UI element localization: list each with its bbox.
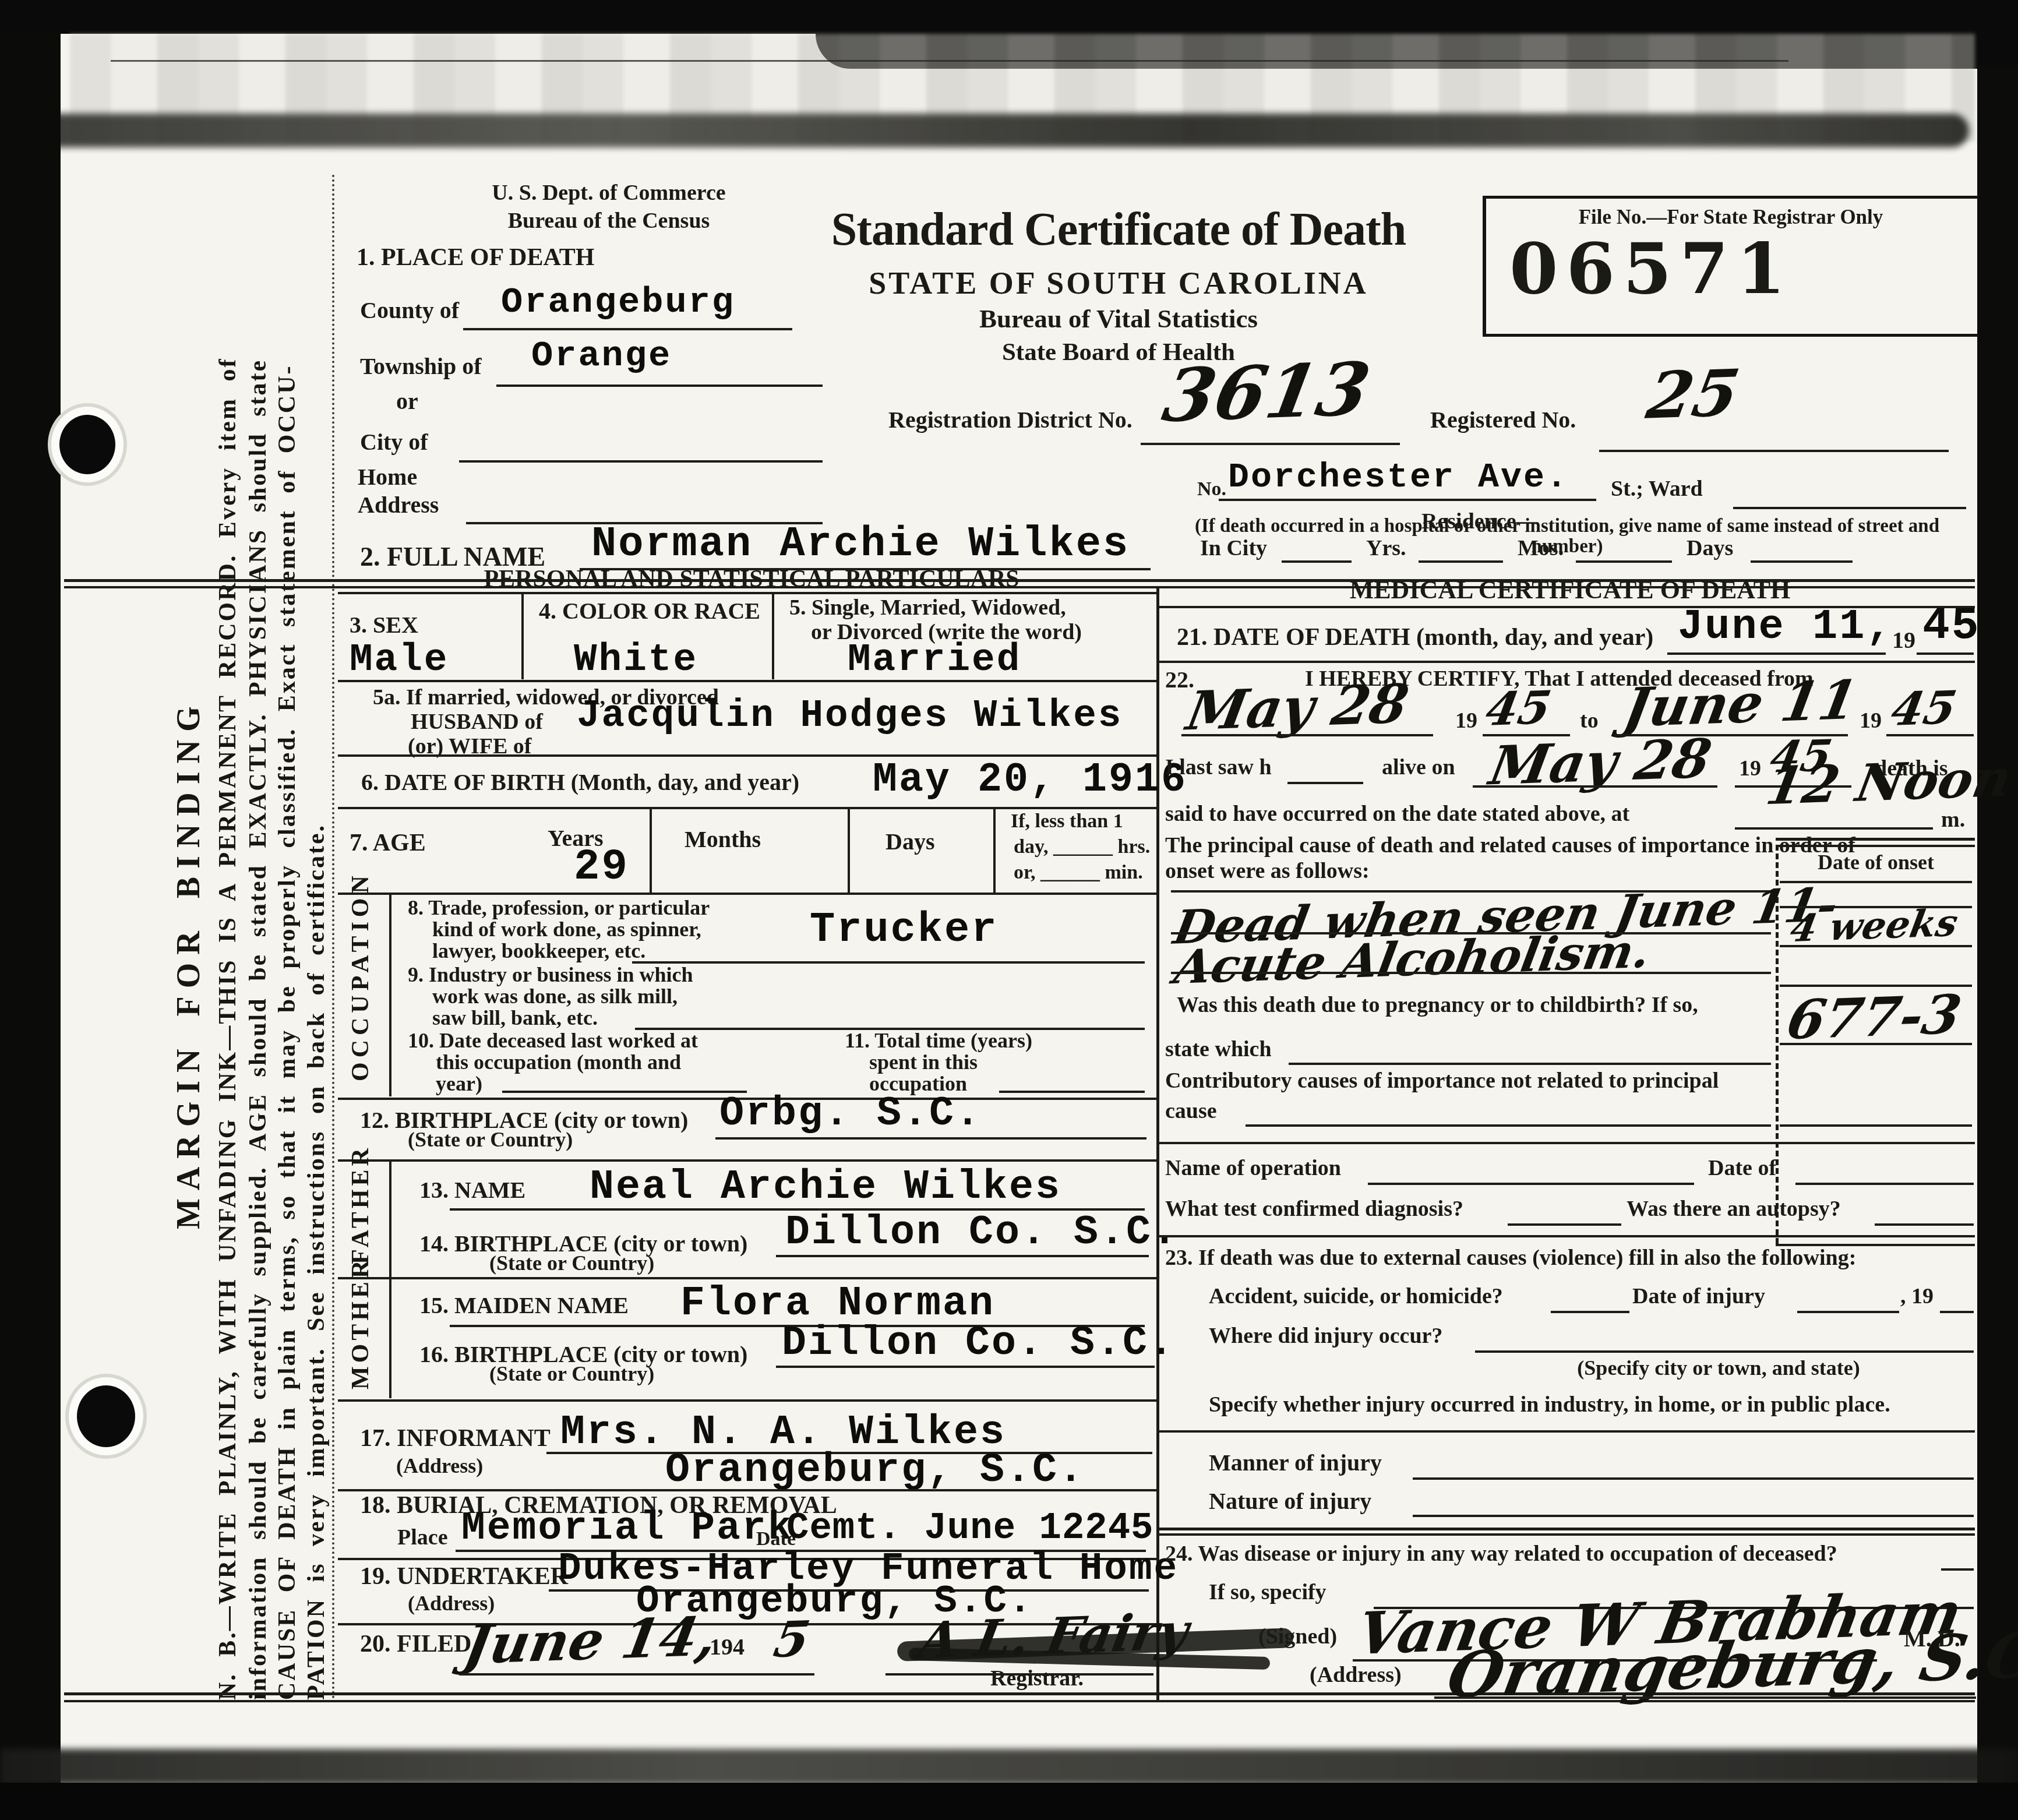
residence-label: Residence— [1421, 510, 1539, 534]
registered-no-label: Registered No. [1430, 408, 1576, 432]
in-city-label: In City [1200, 537, 1267, 560]
divider [1508, 1223, 1621, 1226]
hospital-note: (If death occurred in a hospital or othe… [1160, 516, 1974, 556]
birthplace-sub-label: (State or Country) [408, 1129, 573, 1151]
divider [1751, 560, 1853, 563]
date-of-onset-header: Date of onset [1780, 852, 1972, 874]
medical-section-title: MEDICAL CERTIFICATE OF DEATH [1165, 577, 1975, 604]
race-value: White [574, 641, 698, 679]
m-label: m. [1941, 809, 1965, 832]
printed-19-lastsaw: 19 [1739, 757, 1761, 781]
signed-label: (Signed) [1258, 1625, 1337, 1649]
occurred-label: said to have occurred on the date stated… [1165, 803, 1629, 826]
undertaker-label: 19. UNDERTAKER [360, 1564, 568, 1589]
divider [1159, 1528, 1975, 1530]
divider [338, 1399, 1156, 1402]
township-value: Orange [531, 338, 672, 374]
marital-value: Married [848, 641, 1021, 679]
divider [1171, 972, 1771, 974]
divider [459, 460, 823, 463]
county-label: County of [360, 298, 459, 323]
scan-left-bar [0, 32, 61, 1820]
divider [1780, 1043, 1972, 1045]
last-saw-mid: alive on [1382, 756, 1455, 780]
divider [1941, 1568, 1974, 1571]
home-address-label: Address [358, 493, 439, 517]
item22-number: 22. [1165, 668, 1194, 692]
registration-district-value: 3613 [1158, 353, 1375, 433]
divider [1159, 1142, 1975, 1144]
date-of-death-label: 21. DATE OF DEATH (month, day, and year) [1177, 625, 1653, 650]
test-label: What test confirmed diagnosis? [1165, 1198, 1463, 1221]
county-value: Orangeburg [501, 284, 735, 320]
yrs-label: Yrs. [1366, 537, 1406, 560]
specify-city-label: (Specify city or town, and state) [1486, 1357, 1952, 1380]
mos-label: Mos. [1518, 537, 1564, 560]
burial-place-label: Place [397, 1526, 448, 1550]
divider [1159, 1533, 1975, 1536]
divider [650, 807, 652, 893]
last-saw-date: May 28 [1486, 731, 1716, 792]
divider [338, 1277, 1156, 1279]
accident-label: Accident, suicide, or homicide? [1209, 1285, 1503, 1308]
contributory-line2: cause [1165, 1100, 1217, 1123]
divider [1599, 450, 1949, 452]
filed-label: 20. FILED [360, 1631, 471, 1657]
age-less2-label: day, ______ hrs. [1014, 837, 1150, 858]
divider [1776, 838, 1975, 841]
occ-item11-line1: 11. Total time (years) [845, 1030, 1032, 1052]
age-years-value: 29 [574, 846, 629, 889]
divider [776, 1366, 1155, 1368]
attended-from-year: 45 [1483, 685, 1554, 733]
occ-item8-line3: lawyer, bookkeeper, etc. [432, 940, 645, 962]
attended-from-date: May 28 [1183, 676, 1413, 738]
divider [1776, 845, 1975, 847]
occ-item8-line2: kind of work done, as spinner, [432, 919, 701, 941]
divider [1667, 652, 1886, 655]
occ-item10-line3: year) [436, 1073, 482, 1095]
divider [1795, 1183, 1974, 1185]
full-name-value: Norman Archie Wilkes [591, 523, 1130, 565]
onset-duration-value: 4 weeks [1787, 905, 1960, 948]
divider [338, 1159, 1156, 1162]
registration-district-label: Registration District No. [888, 408, 1133, 432]
mother-birthplace-value: Dillon Co. S.C. [782, 1324, 1175, 1364]
divider [521, 592, 524, 679]
divider [632, 961, 1145, 964]
file-number-label: File No.—For State Registrar Only [1498, 207, 1964, 228]
divider [1886, 734, 1974, 736]
divider [1780, 945, 1972, 947]
divider [1434, 1696, 1976, 1699]
printed-19-to: 19 [1860, 710, 1882, 733]
father-birthplace-sub: (State or Country) [489, 1253, 654, 1275]
printed-19-date-of-death: 19 [1892, 628, 1915, 652]
occ-item9-line1: 9. Industry or business in which [408, 964, 693, 986]
divider [1413, 1515, 1974, 1517]
attended-to-date: June 11 [1620, 673, 1861, 735]
scan-top-line [111, 60, 1788, 62]
divider [848, 807, 850, 893]
divider [1733, 507, 1966, 509]
registered-no-value: 25 [1643, 361, 1744, 428]
time-of-death-value: 12 Noon [1763, 752, 2015, 812]
street-value: Dorchester Ave. [1228, 460, 1569, 495]
divider [1181, 734, 1433, 736]
margin-nb-line2: information should be carefully supplied… [246, 359, 270, 1700]
father-name-label: 13. NAME [419, 1178, 525, 1202]
dept-line2: Bureau of the Census [428, 210, 789, 233]
divider [1940, 1311, 1974, 1313]
operation-label: Name of operation [1165, 1157, 1341, 1180]
occ-item10-line2: this occupation (month and [436, 1052, 681, 1074]
occ-item9-line2: work was done, as silk mill, [432, 986, 678, 1008]
occ-item11-line2: spent in this [869, 1052, 978, 1074]
trade-value: Trucker [810, 909, 998, 951]
dob-value: May 20, 1916 [873, 760, 1187, 801]
nature-of-injury-label: Nature of injury [1209, 1489, 1371, 1514]
divider [389, 893, 391, 1096]
margin-binding-text: MARGIN FOR BINDING [172, 698, 205, 1229]
burial-place-value: Memorial Park [461, 1509, 793, 1549]
divider [1159, 1430, 1975, 1433]
city-label: City of [360, 430, 428, 454]
father-name-value: Neal Archie Wilkes [590, 1168, 1061, 1208]
divider [1413, 1477, 1974, 1480]
divider [1875, 1223, 1974, 1226]
age-less3-label: or, ______ min. [1014, 862, 1143, 883]
birthplace-value: Orbg. S.C. [719, 1094, 982, 1135]
divider [1246, 1124, 1771, 1127]
age-label: 7. AGE [350, 830, 426, 856]
if-so-specify-label: If so, specify [1209, 1581, 1326, 1604]
binding-hole-bottom [77, 1385, 135, 1447]
informant-address-label: (Address) [396, 1455, 483, 1477]
file-number-box: File No.—For State Registrar Only 06571 [1483, 196, 1978, 337]
onset-code-value: 677-3 [1783, 987, 1966, 1047]
age-months-label: Months [685, 827, 761, 852]
divider [1368, 1183, 1694, 1185]
divider [1780, 1124, 1972, 1127]
informant-label: 17. INFORMANT [360, 1426, 551, 1451]
age-less1-label: If, less than 1 [1011, 811, 1123, 832]
undertaker-address-label: (Address) [408, 1593, 495, 1615]
divider [1551, 1311, 1629, 1313]
occ-item8-line1: 8. Trade, profession, or particular [408, 897, 710, 919]
divider [993, 807, 996, 893]
scan-right-bar [1977, 65, 2018, 1820]
file-number-value: 06571 [1509, 232, 1793, 306]
attended-to-label: to [1580, 710, 1599, 733]
mother-name-label: 15. MAIDEN NAME [419, 1293, 629, 1318]
printed-19-injury: , 19 [1900, 1285, 1934, 1308]
marital-label-1: 5. Single, Married, Widowed, [789, 597, 1066, 620]
race-label: 4. COLOR OR RACE [539, 599, 760, 623]
printed-19-from: 19 [1455, 710, 1477, 733]
pregnancy-question-line2: state which [1165, 1038, 1272, 1061]
dob-label: 6. DATE OF BIRTH (Month, day, and year) [361, 770, 799, 795]
operation-date-label: Date of [1708, 1157, 1776, 1180]
divider [389, 1277, 391, 1398]
divider [502, 1091, 747, 1093]
mother-vertical-label: MOTHER [348, 1257, 373, 1389]
divider [1419, 560, 1503, 563]
divider [389, 1159, 391, 1277]
occupation-vertical-label: OCCUPATION [348, 871, 373, 1081]
divider [1141, 443, 1400, 445]
attended-to-year: 45 [1888, 685, 1960, 733]
street-no-label: No. [1197, 479, 1226, 500]
manner-of-injury-label: Manner of injury [1209, 1451, 1382, 1475]
mother-name-value: Flora Norman [680, 1284, 995, 1325]
father-birthplace-value: Dillon Co. S.C. [785, 1213, 1179, 1254]
scan-bottom-bar [0, 1783, 2018, 1820]
st-ward-label: St.; Ward [1611, 478, 1703, 501]
personal-section-title: PERSONAL AND STATISTICAL PARTICULARS [350, 566, 1153, 592]
divider [338, 893, 1156, 895]
injury-date-label: Date of injury [1632, 1285, 1765, 1308]
filed-date-value: June 14, [460, 1610, 721, 1672]
pregnancy-question-line1: Was this death due to pregnancy or to ch… [1177, 994, 1698, 1017]
principal-cause-line2: onset were as follows: [1165, 860, 1370, 883]
spouse-value: Jacqulin Hodges Wilkes [577, 697, 1123, 735]
divider [776, 1255, 1149, 1257]
dept-line1: U. S. Dept. of Commerce [428, 182, 789, 205]
registrar-label: Registrar. [990, 1667, 1084, 1691]
vital-statistics-line: Bureau of Vital Statistics [827, 305, 1410, 333]
divider [338, 680, 1156, 682]
divider [338, 754, 1156, 757]
place-of-death-heading: 1. PLACE OF DEATH [357, 245, 594, 270]
certificate-title: Standard Certificate of Death [827, 205, 1410, 254]
last-saw-pre: I last saw h [1165, 756, 1272, 780]
principal-cause-line1: The principal cause of death and related… [1165, 834, 1855, 858]
divider [1917, 652, 1974, 655]
divider [715, 1137, 1146, 1140]
divider [1282, 560, 1352, 563]
divider [1576, 560, 1672, 563]
mother-birthplace-sub: (State or Country) [489, 1363, 654, 1385]
divider [459, 1673, 814, 1676]
home-label: Home [358, 465, 417, 489]
physician-address-label: (Address) [1310, 1664, 1402, 1687]
burial-date-value: Cemt. June 12245 [786, 1510, 1154, 1547]
occ-item10-line1: 10. Date deceased last worked at [408, 1030, 698, 1052]
autopsy-label: Was there an autopsy? [1627, 1198, 1841, 1221]
divider [1159, 661, 1975, 663]
scan-smudge-top [17, 114, 1969, 147]
margin-separator [332, 175, 334, 1700]
item23-label: 23. If death was due to external causes … [1165, 1247, 1856, 1270]
township-label: Township of [360, 354, 482, 379]
occ-item9-line3: saw bill, bank, etc. [432, 1007, 598, 1029]
divider [1797, 1311, 1899, 1313]
divider [1475, 1350, 1974, 1353]
divider [999, 1091, 1145, 1093]
informant-address-value: Orangeburg, S.C. [665, 1451, 1085, 1491]
spouse-label-2: HUSBAND of [411, 711, 543, 734]
contributory-line1: Contributory causes of importance not re… [1165, 1070, 1719, 1093]
divider [1219, 499, 1596, 501]
death-certificate-scan: MARGIN FOR BINDING N. B.—WRITE PLAINLY, … [0, 0, 2018, 1820]
binding-hole-top [59, 415, 115, 474]
divider [772, 592, 774, 679]
divider [1473, 785, 1717, 788]
divider [1289, 1063, 1771, 1065]
sex-label: 3. SEX [350, 613, 418, 637]
margin-nb-line4: PATION is very important. See instructio… [304, 824, 329, 1700]
specify-whether-label: Specify whether injury occurred in indus… [1209, 1394, 1890, 1417]
filed-printed-194: 194 [710, 1635, 745, 1659]
divider [338, 592, 1156, 594]
margin-nb-line3: CAUSE OF DEATH in plain terms, so that i… [275, 365, 299, 1700]
state-line: STATE OF SOUTH CAROLINA [827, 267, 1410, 300]
days-label: Days [1687, 537, 1733, 560]
divider [1159, 1235, 1975, 1237]
sex-value: Male [350, 641, 449, 679]
divider [338, 807, 1156, 809]
scan-smudge-bottom [0, 1749, 2018, 1785]
date-of-death-year: 45 [1922, 604, 1981, 649]
divider [1735, 827, 1933, 830]
or-label: or [396, 389, 418, 414]
margin-nb-line1: N. B.—WRITE PLAINLY, WITH UNFADING INK—T… [216, 358, 240, 1700]
divider [496, 385, 823, 387]
divider [338, 1489, 1156, 1491]
divider [1287, 782, 1363, 784]
item24-label: 24. Was disease or injury in any way rel… [1165, 1543, 1837, 1566]
date-of-death-value: June 11, [1678, 606, 1893, 648]
divider [463, 328, 792, 330]
where-injury-label: Where did injury occur? [1209, 1325, 1442, 1348]
father-vertical-label: FATHER [348, 1145, 373, 1264]
age-days-label: Days [885, 830, 934, 854]
